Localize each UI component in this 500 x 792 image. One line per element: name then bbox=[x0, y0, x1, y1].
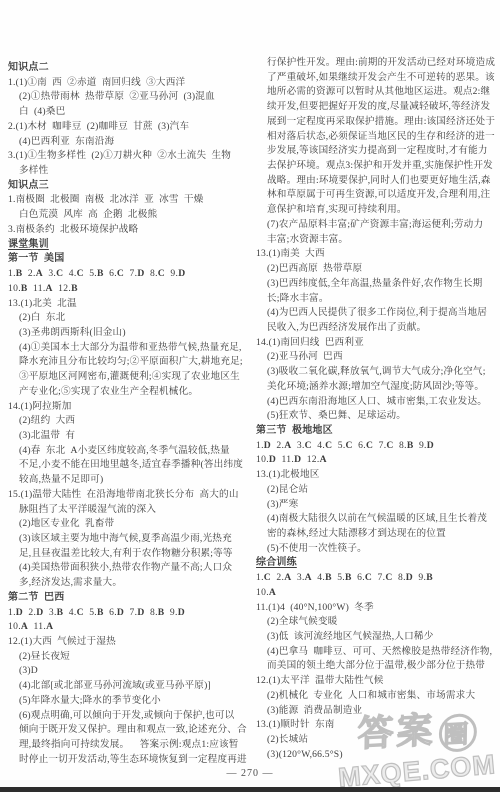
text-line: (4)巴拿马 咖啡豆、可可、天然橡胶是热带经济作物, bbox=[267, 645, 498, 660]
text-line: 10.B 11.A 12.B bbox=[8, 282, 250, 297]
text-line: 长;降水丰富。 bbox=[267, 292, 498, 307]
text-line: 第一节 美国 bbox=[8, 252, 250, 267]
text-line: 1.(1)①南 西 ②赤道 南回归线 ③大西洋 bbox=[8, 76, 250, 91]
text-line: (2)纽约 大西 bbox=[19, 414, 250, 429]
text-line: 地所必需的资源可以暂时从其他地区运进。观点2:继 bbox=[267, 85, 498, 100]
text-line: 时停止一切开发活动,等生态环境恢复到一定程度再进 bbox=[19, 753, 250, 768]
text-line: (3)D bbox=[19, 664, 250, 679]
text-line: 密的森林,经过大陆漂移才到达现在的位置 bbox=[267, 527, 498, 542]
text-line: 脉阻挡了太平洋暖湿气流的深入 bbox=[19, 503, 250, 518]
text-line: 10.A 11.A bbox=[8, 620, 250, 635]
text-line: 去保护环境。观点3:保护和开发并重,实施保护性开发 bbox=[267, 159, 498, 174]
text-line: 11.(1)4 (40°N,100°W) 冬季 bbox=[256, 601, 498, 616]
text-line: (7)农产品原料丰富;矿产资源丰富;海运便利;劳动力 bbox=[267, 218, 498, 233]
text-line: (2)昆仑站 bbox=[267, 483, 498, 498]
text-line: 相对落后状态,必须保证当地区民的生存和经济的进一 bbox=[267, 130, 498, 145]
right-text-column: 行保护性开发。理由:前期的开发活动已经对环境造成了严重破坏,如果继续开发会产生不… bbox=[256, 56, 498, 763]
text-line: 1.南极圈 北极圈 南极 北冰洋 亚 冰雪 干燥 bbox=[8, 193, 250, 208]
text-line: 10.D 11.D 12.A bbox=[256, 453, 498, 468]
text-line: 综合训练 bbox=[256, 556, 498, 571]
text-line: (3)北温带 有 bbox=[19, 429, 250, 444]
text-line: 13.(1)顺时针 东南 bbox=[256, 718, 498, 733]
text-line: 多样性 bbox=[19, 164, 250, 179]
text-line: 展到一定程度再采取保护措施。理由:该国经济还处于 bbox=[267, 115, 498, 130]
text-line: (2)亚马孙河 巴西 bbox=[267, 350, 498, 365]
text-line: 丰富;水资源丰富。 bbox=[267, 233, 498, 248]
text-line: (2)全球气候变暖 bbox=[267, 615, 498, 630]
left-text-column: 知识点二1.(1)①南 西 ②赤道 南回归线 ③大西洋(2)①热带雨林 热带草原… bbox=[8, 61, 250, 768]
text-line: 林和草原属于可再生资源,可以适度开发,合理利用,注 bbox=[267, 188, 498, 203]
text-line: (3)吸收二氧化碳,释放氧气,调节大气成分;净化空气; bbox=[267, 365, 498, 380]
text-line: (5)年降水量大;降水的季节变化小 bbox=[19, 694, 250, 709]
text-line: (6)观点明确,可以倾向于开发,或倾向于保护,也可以 bbox=[19, 709, 250, 724]
text-line: (2)机械化 专业化 人口和城市密集、市场需求大 bbox=[267, 689, 498, 704]
text-line: 知识点二 bbox=[8, 61, 250, 76]
text-line: (3)该区域主要为地中海气候,夏季高温少雨,光热充 bbox=[19, 532, 250, 547]
text-line: 行保护性开发。理由:前期的开发活动已经对环境造成 bbox=[267, 56, 498, 71]
text-line: 1.D 2.A 3.C 4.C 5.C 6.C 7.C 8.B 9.D bbox=[256, 439, 498, 454]
text-line: 理,最终指向可持续发展。 答案示例:观点1:应该暂 bbox=[19, 738, 250, 753]
text-line: 白色荒漠 风库 高 企鹅 北极熊 bbox=[19, 208, 250, 223]
text-line: (3)圣弗朗西斯科(旧金山) bbox=[19, 326, 250, 341]
text-line: 3.(1)①生物多样性 (2)①刀耕火种 ②水土流失 生物 bbox=[8, 149, 250, 164]
text-line: 13.(1)北极地区 bbox=[256, 468, 498, 483]
text-line: 降水充沛且分布比较均匀;②平原面积广大,耕地充足; bbox=[19, 355, 250, 370]
text-line: 意保护和培育,实现可持续利用。 bbox=[267, 203, 498, 218]
text-line: 美化环境;涵养水源;增加空气湿度;防风固沙;等等。 bbox=[267, 380, 498, 395]
text-line: (2)①热带雨林 热带草原 ②亚马孙河 (3)混血 bbox=[19, 90, 250, 105]
text-line: (2)地区专业化 乳畜带 bbox=[19, 517, 250, 532]
text-line: 知识点三 bbox=[8, 179, 250, 194]
text-line: 第二节 巴西 bbox=[8, 591, 250, 606]
text-line: (4)美国热带面积狭小,热带农作物产量不高;人口众 bbox=[19, 561, 250, 576]
text-line: (4)北部[或北部亚马孙河流域(或亚马孙平原)] bbox=[19, 679, 250, 694]
text-line: (2)白 东北 bbox=[19, 311, 250, 326]
text-line: (4)春 东北 A小麦区纬度较高,冬季气温较低,热量 bbox=[19, 444, 250, 459]
text-line: (5)狂欢节、桑巴舞、足球运动。 bbox=[267, 409, 498, 424]
text-line: 13.(1)北美 北温 bbox=[8, 297, 250, 312]
text-line: ③平原地区河网密布,灌溉便利;④实现了农业地区生 bbox=[19, 370, 250, 385]
text-line: 14.(1)阿拉斯加 bbox=[8, 400, 250, 415]
text-line: (3)能源 消费品制造业 bbox=[267, 704, 498, 719]
text-line: (4)南极大陆很久以前在气候温暖的区域,且生长着茂 bbox=[267, 512, 498, 527]
text-line: 白 (4)桑巴 bbox=[19, 105, 250, 120]
text-line: 战略。理由:环境要保护,同时人们也要更好地生活,森 bbox=[267, 174, 498, 189]
text-line: 而美国的领土绝大部分位于温带,极少部分位于热带 bbox=[267, 659, 498, 674]
text-line: 2.(1)木材 咖啡豆 (2)咖啡豆 甘蔗 (3)汽车 bbox=[8, 120, 250, 135]
answer-page: 知识点二1.(1)①南 西 ②赤道 南回归线 ③大西洋(2)①热带雨林 热带草原… bbox=[0, 0, 500, 792]
text-line: 足,且昼夜温差比较大,有利于农作物糖分积累;等等 bbox=[19, 547, 250, 562]
text-line: (4)①美国本土大部分为温带和亚热带气候,热量充足, bbox=[19, 341, 250, 356]
text-line: 1.C 2.A 3.A 4.B 5.B 6.C 7.C 8.D 9.B bbox=[256, 571, 498, 586]
text-line: 课堂集训 bbox=[8, 238, 250, 253]
text-line: 民收入,为巴西经济发展作出了贡献。 bbox=[267, 321, 498, 336]
text-line: 1.B 2.A 3.C 4.C 5.B 6.C 7.D 8.C 9.D bbox=[8, 267, 250, 282]
text-line: 第三节 极地地区 bbox=[256, 424, 498, 439]
text-line: 步发展,等该国经济实力提高到一定程度时,才有能力 bbox=[267, 144, 498, 159]
text-line: 1.D 2.D 3.B 4.C 5.B 6.D 7.D 8.B 9.D bbox=[8, 606, 250, 621]
text-line: 续开发,但要把握好开发的度,尽量减轻破坏,等经济发 bbox=[267, 100, 498, 115]
text-line: 多,经济发达,需求量大。 bbox=[19, 576, 250, 591]
page-number: — 270 — bbox=[0, 768, 500, 779]
text-line: (4)巴西东南沿海地区人口、城市密集,工农业发达。 bbox=[267, 395, 498, 410]
bottom-edge-bar bbox=[0, 787, 500, 792]
text-line: 不足,小麦不能在田地里越冬,适宜春季播种(答出纬度 bbox=[19, 458, 250, 473]
text-line: 12.(1)大西 气候过于湿热 bbox=[8, 635, 250, 650]
text-line: (3)严寒 bbox=[267, 498, 498, 513]
text-line: (3)(120°W,66.5°S) bbox=[267, 748, 498, 763]
text-line: 3.南极条约 北极环境保护战略 bbox=[8, 223, 250, 238]
text-line: 产专业化;⑤实现了农业生产全程机械化。 bbox=[19, 385, 250, 400]
text-line: 10.A bbox=[256, 586, 498, 601]
text-line: 较高,热量不足即可) bbox=[19, 473, 250, 488]
text-line: 了严重破坏,如果继续开发会产生不可逆转的恶果。该 bbox=[267, 71, 498, 86]
text-line: 12.(1)太平洋 温带大陆性气候 bbox=[256, 674, 498, 689]
text-line: (3)巴西纬度低,全年高温,热量条件好,农作物生长期 bbox=[267, 277, 498, 292]
text-line: (2)长城站 bbox=[267, 733, 498, 748]
text-line: 13.(1)南美 大西 bbox=[256, 247, 498, 262]
text-line: (2)巴西高原 热带草原 bbox=[267, 262, 498, 277]
text-line: (2)昼长夜短 bbox=[19, 650, 250, 665]
text-line: 14.(1)南回归线 巴西利亚 bbox=[256, 336, 498, 351]
text-line: (5)不使用一次性筷子。 bbox=[267, 542, 498, 557]
text-line: (4)巴西利亚 东南沿海 bbox=[19, 135, 250, 150]
text-line: (4)为巴西人民提供了很多工作岗位,利于提高当地居 bbox=[267, 306, 498, 321]
text-line: (3)低 该河流经地区气候湿热,人口稀少 bbox=[267, 630, 498, 645]
text-line: 15.(1)温带大陆性 在沿海地带南北狭长分布 高大的山 bbox=[8, 488, 250, 503]
text-line: 倾向于既开发又保护。理由和观点一致,论述充分、合 bbox=[19, 723, 250, 738]
